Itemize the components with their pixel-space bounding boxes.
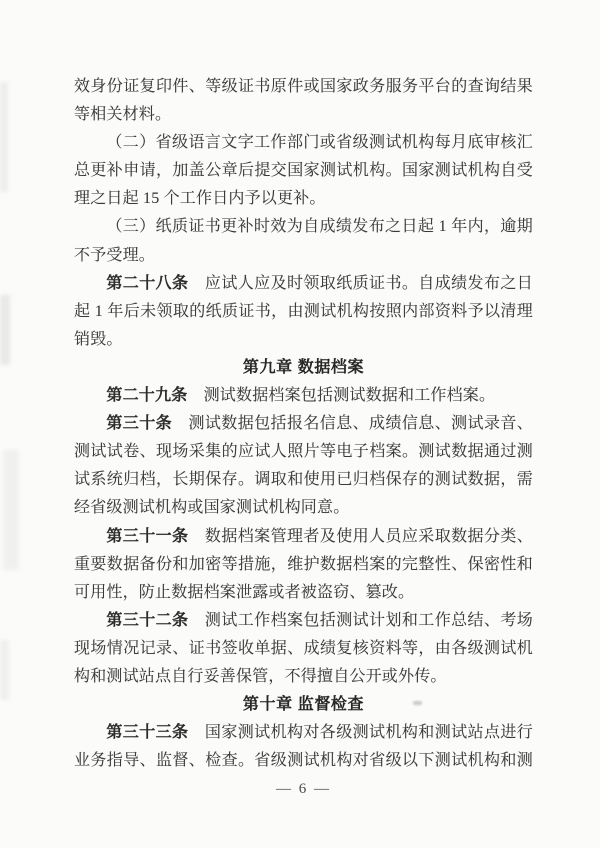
chapter-heading: 第十章 监督检查 — [74, 691, 533, 719]
text-line: 第三十三条 国家测试机构对各级测试机构和测试站点进行 — [74, 719, 533, 747]
text-line: 理之日起 15 个工作日内予以更补。 — [74, 185, 533, 213]
text-line: 效身份证复印件、等级证书原件或国家政务服务平台的查询结果 — [74, 73, 533, 101]
text-block: 效身份证复印件、等级证书原件或国家政务服务平台的查询结果等相关材料。（二）省级语… — [74, 73, 533, 803]
text-line: 构和测试站点自行妥善保管，不得擅自公开或外传。 — [74, 663, 533, 691]
chapter-heading: 第九章 数据档案 — [74, 354, 533, 382]
article-number: 第三十三条 — [106, 724, 188, 741]
text-line: 现场情况记录、证书签收单据、成绩复核资料等，由各级测试机 — [74, 635, 533, 663]
article-number: 第三十条 — [106, 415, 172, 432]
text-line: 不予受理。 — [74, 242, 533, 270]
scan-artifact — [0, 82, 8, 192]
article-number: 第三十一条 — [106, 528, 188, 545]
article-number: 第三十二条 — [106, 612, 188, 629]
text-line: 第二十九条 测试数据档案包括测试数据和工作档案。 — [74, 382, 533, 410]
text-line: 第三十一条 数据档案管理者及使用人员应采取数据分类、 — [74, 523, 533, 551]
text-line: 业务指导、监督、检查。省级测试机构对省级以下测试机构和测 — [74, 747, 533, 775]
text-line: 第三十条 测试数据包括报名信息、成绩信息、测试录音、 — [74, 410, 533, 438]
text-line: （二）省级语言文字工作部门或省级测试机构每月底审核汇 — [74, 129, 533, 157]
text-line: 总更补申请，加盖公章后提交国家测试机构。国家测试机构自受 — [74, 157, 533, 185]
text-line: 销毁。 — [74, 326, 533, 354]
article-number: 第二十八条 — [106, 275, 188, 292]
text-line: 可用性，防止数据档案泄露或者被盗窃、篡改。 — [74, 579, 533, 607]
text-line: 重要数据备份和加密等措施，维护数据档案的完整性、保密性和 — [74, 551, 533, 579]
text-line: 起 1 年后未领取的纸质证书，由测试机构按照内部资料予以清理 — [74, 298, 533, 326]
article-number: 第二十九条 — [106, 387, 187, 404]
scan-artifact — [0, 295, 10, 365]
text-line: 第三十二条 测试工作档案包括测试计划和工作总结、考场 — [74, 607, 533, 635]
scan-artifact — [3, 450, 19, 570]
text-line: 经省级测试机构或国家测试机构同意。 — [74, 494, 533, 522]
scan-artifact — [0, 640, 9, 700]
text-line: 测试试卷、现场采集的应试人照片等电子档案。测试数据通过测 — [74, 438, 533, 466]
document-page: 效身份证复印件、等级证书原件或国家政务服务平台的查询结果等相关材料。（二）省级语… — [0, 0, 600, 848]
text-line: 第二十八条 应试人应及时领取纸质证书。自成绩发布之日 — [74, 270, 533, 298]
text-line: 试系统归档，长期保存。调取和使用已归档保存的测试数据，需 — [74, 466, 533, 494]
page-number: — 6 — — [74, 775, 533, 803]
text-line: （三）纸质证书更补时效为自成绩发布之日起 1 年内，逾期 — [74, 213, 533, 241]
text-line: 等相关材料。 — [74, 101, 533, 129]
